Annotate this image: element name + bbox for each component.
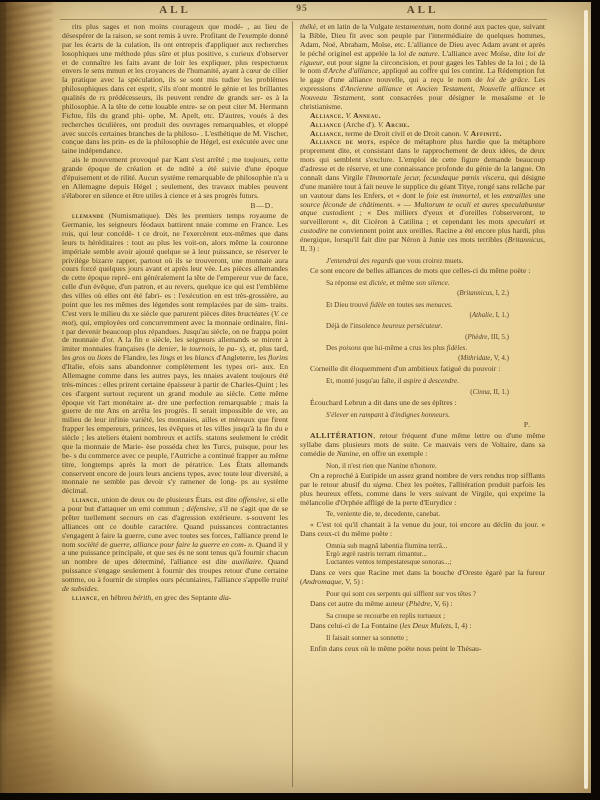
verse-quote: Omnia sub magnâ labentia flumina terrâ..… xyxy=(326,542,545,567)
running-head-left: ALL xyxy=(62,4,288,16)
verse-quote: Sa réponse est dictée, et même son silen… xyxy=(326,279,545,287)
paragraph: Dans celui-ci de La Fontaine (les Deux M… xyxy=(300,622,545,631)
page-edge-highlight xyxy=(584,10,588,789)
signature: P. xyxy=(300,421,531,430)
verse-quote: Pour qui sont ces serpents qui sifflent … xyxy=(326,590,545,598)
dictionary-entry: lliance, union de deux ou de plusieurs É… xyxy=(62,496,288,594)
attribution: (Mithridate, V, 4.) xyxy=(300,354,509,362)
attribution: (Britannicus, I, 2.) xyxy=(300,289,509,297)
attribution: (Phèdre, III, 5.) xyxy=(300,333,509,341)
attribution: (Athalie, I, 1.) xyxy=(300,311,509,319)
attribution: (Cinna, II, 1.) xyxy=(300,388,509,396)
paragraph: rits plus sages et non moins courageux q… xyxy=(62,23,288,156)
paragraph: ais le mouvement provoqué par Kant s'est… xyxy=(62,156,288,200)
verse-quote: Des poisons que lui-même a crus les plus… xyxy=(326,344,545,352)
paragraph: On a reproché à Euripide un assez grand … xyxy=(300,472,545,508)
left-column: rits plus sages et non moins courageux q… xyxy=(62,23,288,787)
verse-quote: S'élever en rampant à d'indignes honneur… xyxy=(326,411,545,419)
right-column: thékè, et en latin de la Vulgate testame… xyxy=(300,23,545,787)
verse-quote: Et Dieu trouvé fidèle en toutes ses mena… xyxy=(326,301,545,309)
verse-quote: Non, il n'est rien que Nanine n'honore. xyxy=(326,462,545,470)
paragraph-continued: thékè, et en latin de la Vulgate testame… xyxy=(300,23,545,112)
verse-quote: Et, monté jusqu'au faîte, il aspire à de… xyxy=(326,377,545,385)
paragraph: Dans ce vers que Racine met dans la bouc… xyxy=(300,569,545,587)
paragraph: Écouchard Lebrun a dit dans une de ses é… xyxy=(300,399,545,408)
photo-border-right xyxy=(591,0,600,800)
dictionary-entry: lliance, en hébreu bérith, en grec des S… xyxy=(62,594,288,603)
verse-quote: J'entendrai des regards que vous croirez… xyxy=(326,257,545,265)
dictionary-entry: Alliance de mots, espèce de métaphore pl… xyxy=(300,138,545,253)
paragraph: Corneille dit éloquemment d'un ambitieux… xyxy=(300,365,545,374)
column-divider xyxy=(292,21,293,787)
paragraph: Enfin dans ceux où le même poëte nous pe… xyxy=(300,645,545,654)
header-rule xyxy=(60,19,547,20)
paragraph: « C'est toi qu'il chantait à la venue du… xyxy=(300,521,545,539)
verse-quote: Il faisait sonner sa sonnette ; xyxy=(326,634,545,642)
paragraph: Ce sont encore de belles alliances de mo… xyxy=(300,267,545,276)
photo-border-top xyxy=(0,0,600,2)
paragraph: Dans cet autre du même auteur (Phèdre, V… xyxy=(300,600,545,609)
verse-quote: Déjà de l'insolence heureux persécuteur. xyxy=(326,322,545,330)
verse-quote: Sa croupe se recourbe en replis tortueux… xyxy=(326,612,545,620)
verse-quote: Te, veniente die, te, decedente, canebat… xyxy=(326,510,545,518)
signature: B—D. xyxy=(62,202,274,211)
dictionary-entry: llemande (Numismatique). Dès les premier… xyxy=(62,212,288,496)
running-head-right: ALL xyxy=(300,4,545,16)
photo-border-bottom xyxy=(0,793,600,800)
dictionary-entry: ALLITÉRATION, retour fréquent d'une même… xyxy=(300,432,545,459)
